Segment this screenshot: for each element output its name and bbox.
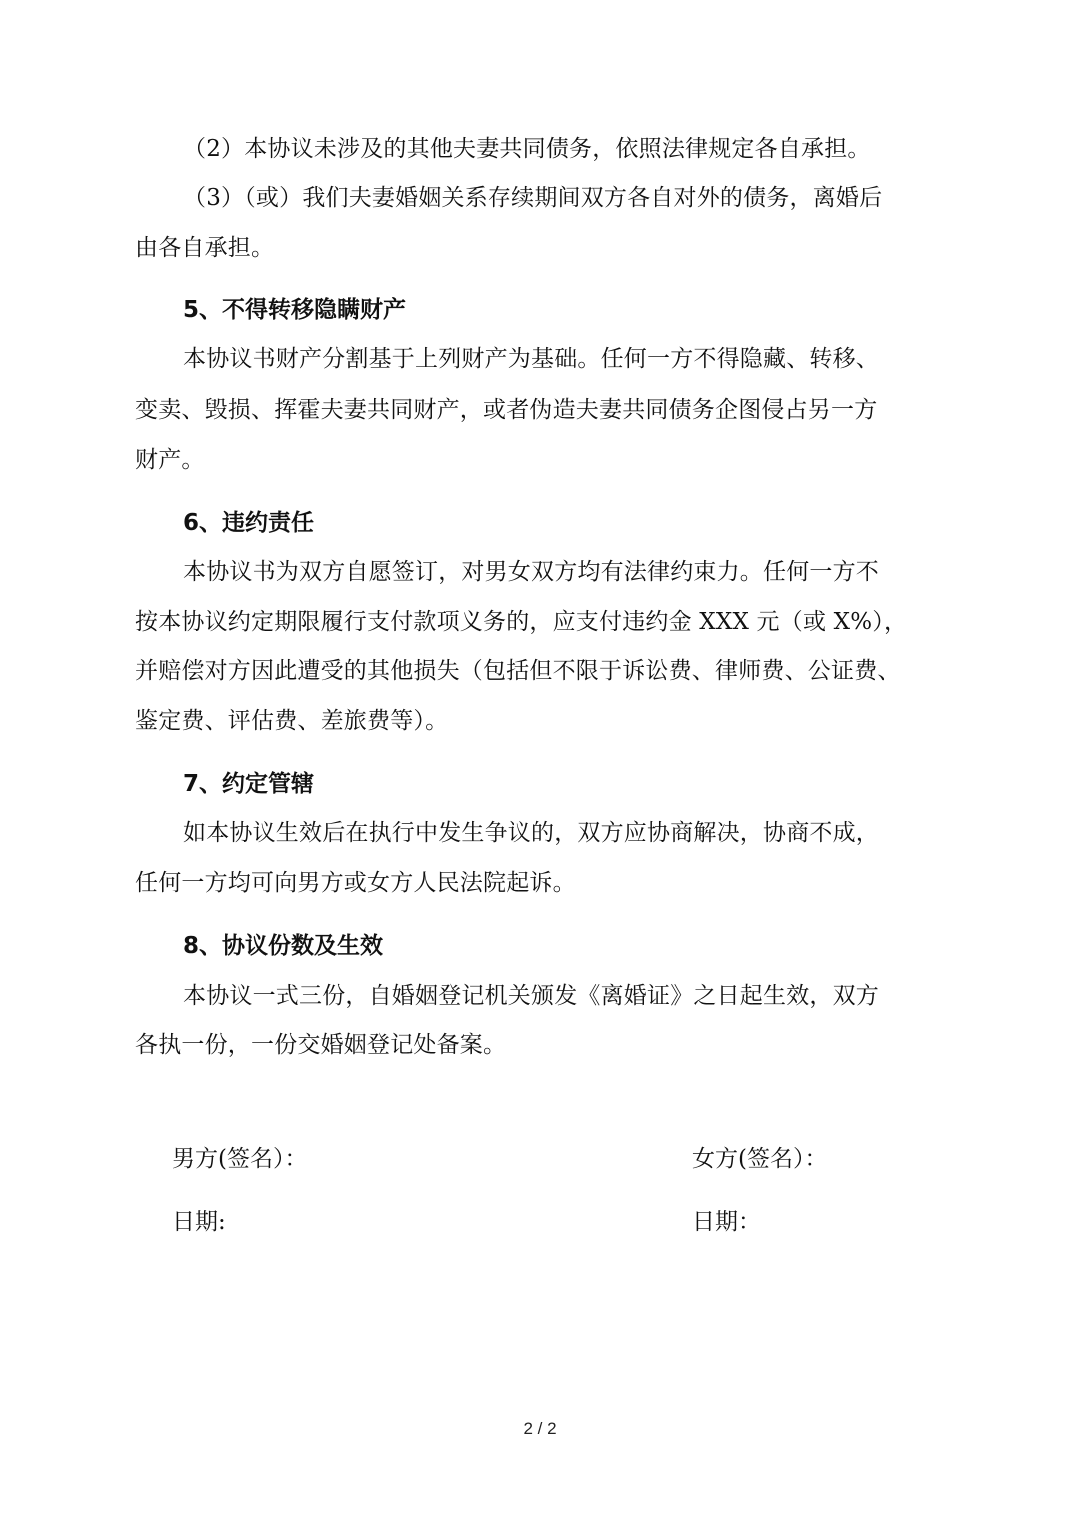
female-date-label: 日期： xyxy=(692,1207,761,1237)
male-signature-label: 男方(签名）： xyxy=(172,1144,307,1174)
section-8-line: 本协议一式三份，自婚姻登记机关颁发《离婚证》之日起生效，双方 xyxy=(183,981,879,1011)
section-7-heading: 7、约定管辖 xyxy=(183,769,314,799)
section-7-line: 任何一方均可向男方或女方人民法院起诉。 xyxy=(135,868,576,898)
female-signature-label: 女方(签名）： xyxy=(692,1144,827,1174)
debt-item-2: （2）本协议未涉及的其他夫妻共同债务，依照法律规定各自承担。 xyxy=(183,134,871,164)
page-number: 2 / 2 xyxy=(0,1419,1080,1439)
section-5-line: 财产。 xyxy=(135,445,205,475)
debt-item-3: （3）（或）我们夫妻婚姻关系存续期间双方各自对外的债务，离婚后 xyxy=(183,183,882,213)
section-6-line: 并赔偿对方因此遭受的其他损失（包括但不限于诉讼费、律师费、公证费、 xyxy=(135,656,901,686)
document-page: （2）本协议未涉及的其他夫妻共同债务，依照法律规定各自承担。 （3）（或）我们夫… xyxy=(0,0,1080,1529)
section-5-line: 变卖、毁损、挥霍夫妻共同财产，或者伪造夫妻共同债务企图侵占另一方 xyxy=(135,395,877,425)
section-5-line: 本协议书财产分割基于上列财产为基础。任何一方不得隐藏、转移、 xyxy=(183,344,879,374)
section-8-line: 各执一份，一份交婚姻登记处备案。 xyxy=(135,1030,506,1060)
male-date-label: 日期: xyxy=(172,1207,226,1237)
section-5-heading: 5、不得转移隐瞒财产 xyxy=(183,295,406,325)
section-7-line: 如本协议生效后在执行中发生争议的，双方应协商解决，协商不成， xyxy=(183,818,879,848)
section-6-line: 本协议书为双方自愿签订，对男女双方均有法律约束力。任何一方不 xyxy=(183,557,879,587)
debt-item-3-cont: 由各自承担。 xyxy=(135,233,274,263)
section-6-line: 按本协议约定期限履行支付款项义务的，应支付违约金 XXX 元（或 X%）， xyxy=(135,607,907,637)
section-6-heading: 6、违约责任 xyxy=(183,508,314,538)
section-6-line: 鉴定费、评估费、差旅费等）。 xyxy=(135,706,448,736)
section-8-heading: 8、协议份数及生效 xyxy=(183,931,383,961)
